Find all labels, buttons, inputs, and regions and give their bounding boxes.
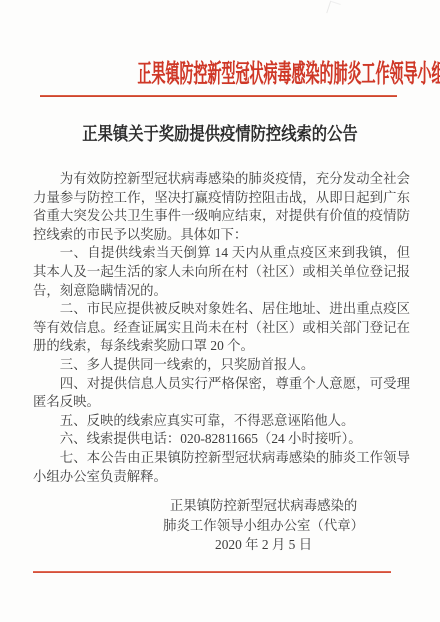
letterhead-banner: 正果镇防控新型冠状病毒感染的肺炎工作领导小组办公室 [0,0,440,88]
scanned-notice-page: 正果镇防控新型冠状病毒感染的肺炎工作领导小组办公室 正果镇关于奖励提供疫情防控线… [0,0,440,622]
clause-3: 三、多人提供同一线索的，只奖励首报人。 [33,356,410,375]
signature-org-line1: 正果镇防控新型冠状病毒感染的 [163,496,364,516]
clause-4: 四、对提供信息人员实行严格保密，尊重个人意愿，可受理匿名反映。 [33,375,410,412]
clause-5: 五、反映的线索应真实可靠，不得恶意诬陷他人。 [33,412,410,431]
clause-7: 七、本公告由正果镇防控新型冠状病毒感染的肺炎工作领导小组办公室负责解释。 [33,449,410,486]
footer-rule [33,571,391,573]
intro-paragraph: 为有效防控新型冠状病毒感染的肺炎疫情，充分发动全社会力量参与防控工作，坚决打赢疫… [33,170,410,244]
notice-body: 为有效防控新型冠状病毒感染的肺炎疫情，充分发动全社会力量参与防控工作，坚决打赢疫… [33,170,410,486]
clause-2: 二、市民应提供被反映对象姓名、居住地址、进出重点疫区等有效信息。经查证属实且尚未… [33,300,410,356]
signature-org-line2: 肺炎工作领导小组办公室（代章） [163,516,364,536]
signature-date: 2020 年 2 月 5 日 [163,535,364,555]
letterhead-title: 正果镇防控新型冠状病毒感染的肺炎工作领导小组办公室 [138,61,440,88]
letterhead-divider-rule [40,95,397,97]
notice-title-row: 正果镇关于奖励提供疫情防控线索的公告 [0,125,440,144]
notice-title: 正果镇关于奖励提供疫情防控线索的公告 [82,125,357,144]
clause-6-hotline: 六、线索提供电话：020-82811665（24 小时接听）。 [33,430,410,449]
signature-block: 正果镇防控新型冠状病毒感染的 肺炎工作领导小组办公室（代章） 2020 年 2 … [163,496,364,555]
clause-1: 一、自提供线索当天倒算 14 天内从重点疫区来到我镇，但其本人及一起生活的家人未… [33,244,410,300]
